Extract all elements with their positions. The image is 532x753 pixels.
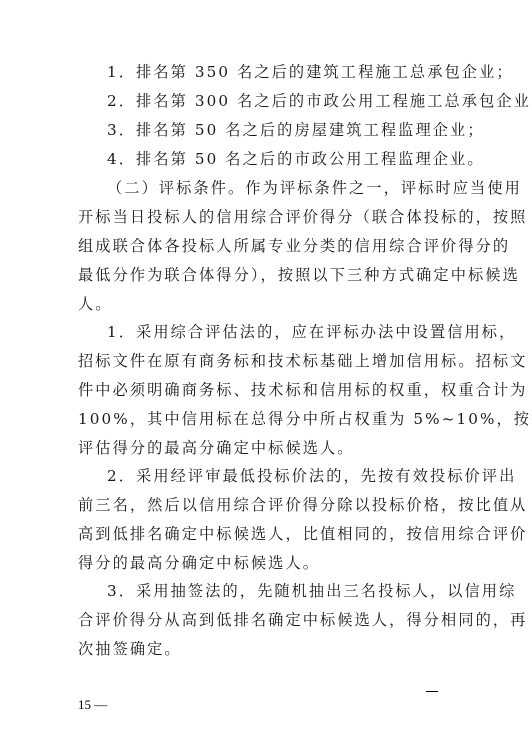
list-item-2: 2．排名第 300 名之后的市政公用工程施工总承包企业；	[107, 91, 460, 111]
paragraph-line: 得分的最高分确定中标候选人。	[78, 553, 460, 573]
paragraph-line: 组成联合体各投标人所属专业分类的信用综合评价得分的	[78, 236, 460, 256]
list-item-4: 4．排名第 50 名之后的市政公用工程监理企业。	[107, 149, 460, 169]
document-page: 1．排名第 350 名之后的建筑工程施工总承包企业； 2．排名第 300 名之后…	[0, 0, 532, 753]
paragraph-line: 开标当日投标人的信用综合评价得分（联合体投标的，按照	[78, 207, 460, 227]
list-item-3: 3．排名第 50 名之后的房屋建筑工程监理企业；	[107, 120, 460, 140]
page-number: 15 —	[78, 697, 107, 713]
paragraph-line: 100%，其中信用标在总得分中所占权重为 5%~10%，按综合	[78, 409, 460, 429]
paragraph-line: 1．采用综合评估法的，应在评标办法中设置信用标，	[107, 322, 460, 342]
paragraph-line: 招标文件在原有商务标和技术标基础上增加信用标。招标文	[78, 351, 460, 371]
paragraph-line: 人。	[78, 294, 460, 314]
footer-dash	[426, 691, 438, 692]
paragraph-line: 次抽签确定。	[78, 639, 460, 659]
paragraph-line: 件中必须明确商务标、技术标和信用标的权重，权重合计为	[78, 380, 460, 400]
paragraph-line: 高到低排名确定中标候选人，比值相同的，按信用综合评价	[78, 524, 460, 544]
paragraph-line: 前三名，然后以信用综合评价得分除以投标价格，按比值从	[78, 495, 460, 515]
paragraph-line: 2．采用经评审最低投标价法的，先按有效投标价评出	[107, 466, 460, 486]
paragraph-line: 3．采用抽签法的，先随机抽出三名投标人，以信用综	[107, 581, 460, 601]
paragraph-line: 评估得分的最高分确定中标候选人。	[78, 438, 460, 458]
list-item-1: 1．排名第 350 名之后的建筑工程施工总承包企业；	[107, 62, 460, 82]
paragraph-line: 最低分作为联合体得分），按照以下三种方式确定中标候选	[78, 265, 460, 285]
section-heading-line: （二）评标条件。作为评标条件之一，评标时应当使用	[107, 178, 460, 198]
paragraph-line: 合评价得分从高到低排名确定中标候选人，得分相同的，再	[78, 610, 460, 630]
